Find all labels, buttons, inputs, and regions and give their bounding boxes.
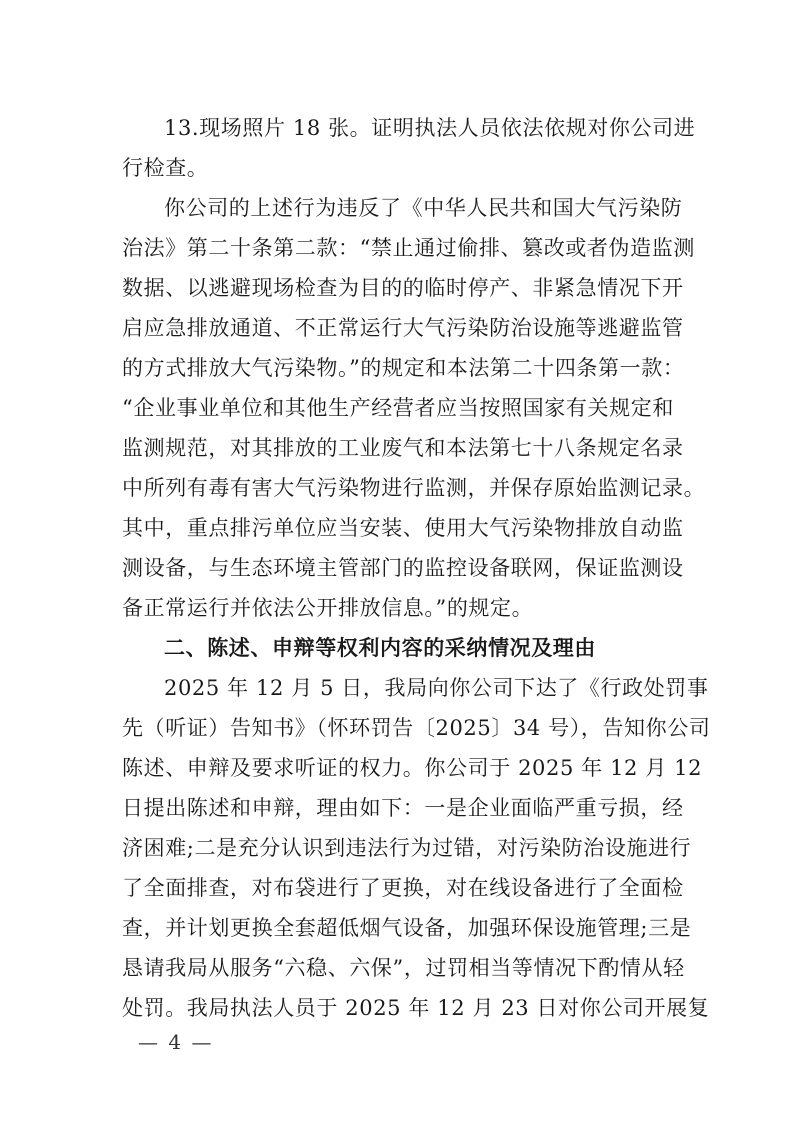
- section-heading: 二、陈述、申辩等权利内容的采纳情况及理由: [122, 628, 674, 668]
- text-line: 2025 年 12 月 5 日，我局向你公司下达了《行政处罚事: [122, 668, 674, 708]
- page-number: — 4 —: [138, 1030, 213, 1054]
- text-line: 济困难;二是充分认识到违法行为过错，对污染防治设施进行: [122, 828, 674, 868]
- text-line: 中所列有毒有害大气污染物进行监测，并保存原始监测记录。: [122, 468, 674, 508]
- text-line: 治法》第二十条第二款：“禁止通过偷排、篡改或者伪造监测: [122, 228, 674, 268]
- text-line: 处罚。我局执法人员于 2025 年 12 月 23 日对你公司开展复: [122, 988, 674, 1028]
- text-line: 其中，重点排污单位应当安装、使用大气污染物排放自动监: [122, 508, 674, 548]
- document-body: 13.现场照片 18 张。证明执法人员依法依规对你公司进 行检查。 你公司的上述…: [122, 108, 674, 1028]
- paragraph-evidence-13: 13.现场照片 18 张。证明执法人员依法依规对你公司进 行检查。: [122, 108, 674, 188]
- document-page: 13.现场照片 18 张。证明执法人员依法依规对你公司进 行检查。 你公司的上述…: [0, 0, 793, 1122]
- text-line: 测设备，与生态环境主管部门的监控设备联网，保证监测设: [122, 548, 674, 588]
- text-line: 备正常运行并依法公开排放信息。”的规定。: [122, 588, 674, 628]
- text-line: 了全面排查，对布袋进行了更换，对在线设备进行了全面检: [122, 868, 674, 908]
- paragraph-statement-defense: 2025 年 12 月 5 日，我局向你公司下达了《行政处罚事 先（听证）告知书…: [122, 668, 674, 1028]
- text-line: 日提出陈述和申辩，理由如下：一是企业面临严重亏损，经: [122, 788, 674, 828]
- text-line: 查，并计划更换全套超低烟气设备，加强环保设施管理;三是: [122, 908, 674, 948]
- section-2-heading: 二、陈述、申辩等权利内容的采纳情况及理由: [122, 628, 674, 668]
- paragraph-violation-statement: 你公司的上述行为违反了《中华人民共和国大气污染防 治法》第二十条第二款：“禁止通…: [122, 188, 674, 628]
- text-line: 你公司的上述行为违反了《中华人民共和国大气污染防: [122, 188, 674, 228]
- text-line: “企业事业单位和其他生产经营者应当按照国家有关规定和: [122, 388, 674, 428]
- text-line: 数据、以逃避现场检查为目的的临时停产、非紧急情况下开: [122, 268, 674, 308]
- text-line: 的方式排放大气污染物。”的规定和本法第二十四条第一款：: [122, 348, 674, 388]
- text-line: 监测规范，对其排放的工业废气和本法第七十八条规定名录: [122, 428, 674, 468]
- text-line: 先（听证）告知书》（怀环罚告〔2025〕34 号），告知你公司: [122, 708, 674, 748]
- text-line: 行检查。: [122, 148, 674, 188]
- text-line: 恳请我局从服务“六稳、六保”，过罚相当等情况下酌情从轻: [122, 948, 674, 988]
- text-line: 启应急排放通道、不正常运行大气污染防治设施等逃避监管: [122, 308, 674, 348]
- text-line: 13.现场照片 18 张。证明执法人员依法依规对你公司进: [122, 108, 674, 148]
- text-line: 陈述、申辩及要求听证的权力。你公司于 2025 年 12 月 12: [122, 748, 674, 788]
